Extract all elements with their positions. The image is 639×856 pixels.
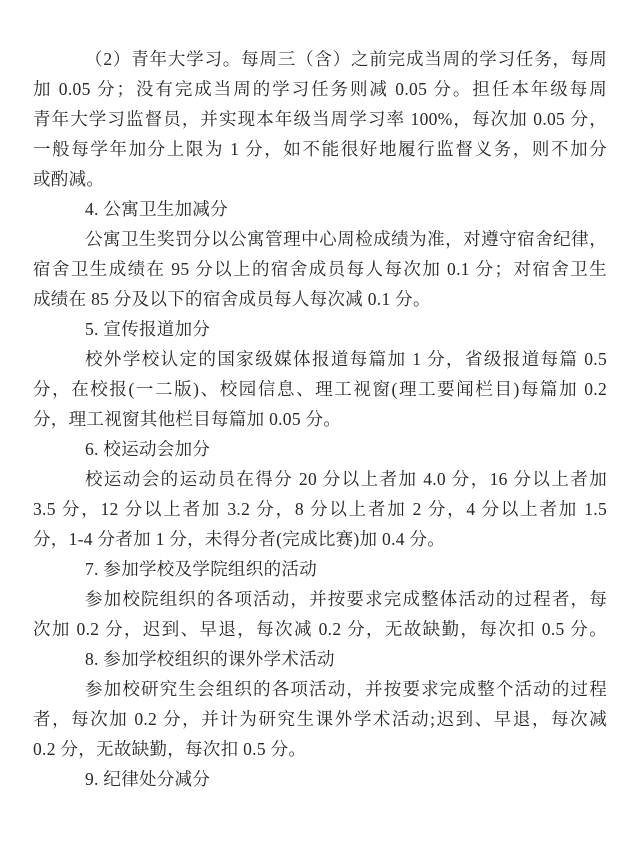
text-line: 宿舍卫生成绩在 95 分以上的宿舍成员每人每次加 0.1 分；对宿舍卫生 [33, 254, 607, 284]
text-line: 校运动会的运动员在得分 20 分以上者加 4.0 分，16 分以上者加 [33, 464, 607, 494]
paragraph-publicity-report: 校外学校认定的国家级媒体报道每篇加 1 分，省级报道每篇 0.5 分，在校报(一… [33, 344, 607, 434]
document-page: （2）青年大学习。每周三（含）之前完成当周的学习任务，每周 加 0.05 分；没… [0, 0, 639, 856]
section-heading-sports-meet: 6. 校运动会加分 [33, 434, 607, 464]
section-heading: 6. 校运动会加分 [33, 434, 607, 464]
paragraph-youth-daxuexi: （2）青年大学习。每周三（含）之前完成当周的学习任务，每周 加 0.05 分；没… [33, 44, 607, 194]
text-line: 公寓卫生奖罚分以公寓管理中心周检成绩为准，对遵守宿舍纪律， [33, 224, 607, 254]
text-line: 或酌减。 [33, 164, 607, 194]
text-line: 参加校院组织的各项活动，并按要求完成整体活动的过程者，每 [33, 584, 607, 614]
text-line: 分，理工视窗其他栏目每篇加 0.05 分。 [33, 404, 607, 434]
paragraph-school-activities: 参加校院组织的各项活动，并按要求完成整体活动的过程者，每 次加 0.2 分，迟到… [33, 584, 607, 644]
section-heading-academic-activities: 8. 参加学校组织的课外学术活动 [33, 644, 607, 674]
paragraph-apartment-hygiene: 公寓卫生奖罚分以公寓管理中心周检成绩为准，对遵守宿舍纪律， 宿舍卫生成绩在 95… [33, 224, 607, 314]
text-line: 参加校研究生会组织的各项活动，并按要求完成整个活动的过程 [33, 674, 607, 704]
text-line: 0.2 分，无故缺勤，每次扣 0.5 分。 [33, 734, 607, 764]
section-heading-apartment-hygiene: 4. 公寓卫生加减分 [33, 194, 607, 224]
text-line: 次加 0.2 分，迟到、早退，每次减 0.2 分，无故缺勤，每次扣 0.5 分。 [33, 614, 607, 644]
text-line: 3.5 分，12 分以上者加 3.2 分，8 分以上者加 2 分，4 分以上者加… [33, 494, 607, 524]
section-heading-school-activities: 7. 参加学校及学院组织的活动 [33, 554, 607, 584]
text-line: 青年大学习监督员，并实现本年级当周学习率 100%，每次加 0.05 分， [33, 104, 607, 134]
section-heading: 4. 公寓卫生加减分 [33, 194, 607, 224]
paragraph-sports-meet: 校运动会的运动员在得分 20 分以上者加 4.0 分，16 分以上者加 3.5 … [33, 464, 607, 554]
section-heading: 8. 参加学校组织的课外学术活动 [33, 644, 607, 674]
text-line: 分，在校报(一二版)、校园信息、理工视窗(理工要闻栏目)每篇加 0.2 [33, 374, 607, 404]
text-line: 成绩在 85 分及以下的宿舍成员每人每次减 0.1 分。 [33, 284, 607, 314]
paragraph-academic-activities: 参加校研究生会组织的各项活动，并按要求完成整个活动的过程 者，每次加 0.2 分… [33, 674, 607, 764]
text-line: 分，1-4 分者加 1 分，未得分者(完成比赛)加 0.4 分。 [33, 524, 607, 554]
section-heading-publicity-report: 5. 宣传报道加分 [33, 314, 607, 344]
text-line: 加 0.05 分；没有完成当周的学习任务则减 0.05 分。担任本年级每周 [33, 74, 607, 104]
text-line: 一般每学年加分上限为 1 分，如不能很好地履行监督义务，则不加分 [33, 134, 607, 164]
section-heading-discipline-deduction: 9. 纪律处分减分 [33, 764, 607, 794]
section-heading: 5. 宣传报道加分 [33, 314, 607, 344]
text-line: （2）青年大学习。每周三（含）之前完成当周的学习任务，每周 [33, 44, 607, 74]
section-heading: 9. 纪律处分减分 [33, 764, 607, 794]
section-heading: 7. 参加学校及学院组织的活动 [33, 554, 607, 584]
text-line: 者，每次加 0.2 分，并计为研究生课外学术活动;迟到、早退，每次减 [33, 704, 607, 734]
text-line: 校外学校认定的国家级媒体报道每篇加 1 分，省级报道每篇 0.5 [33, 344, 607, 374]
